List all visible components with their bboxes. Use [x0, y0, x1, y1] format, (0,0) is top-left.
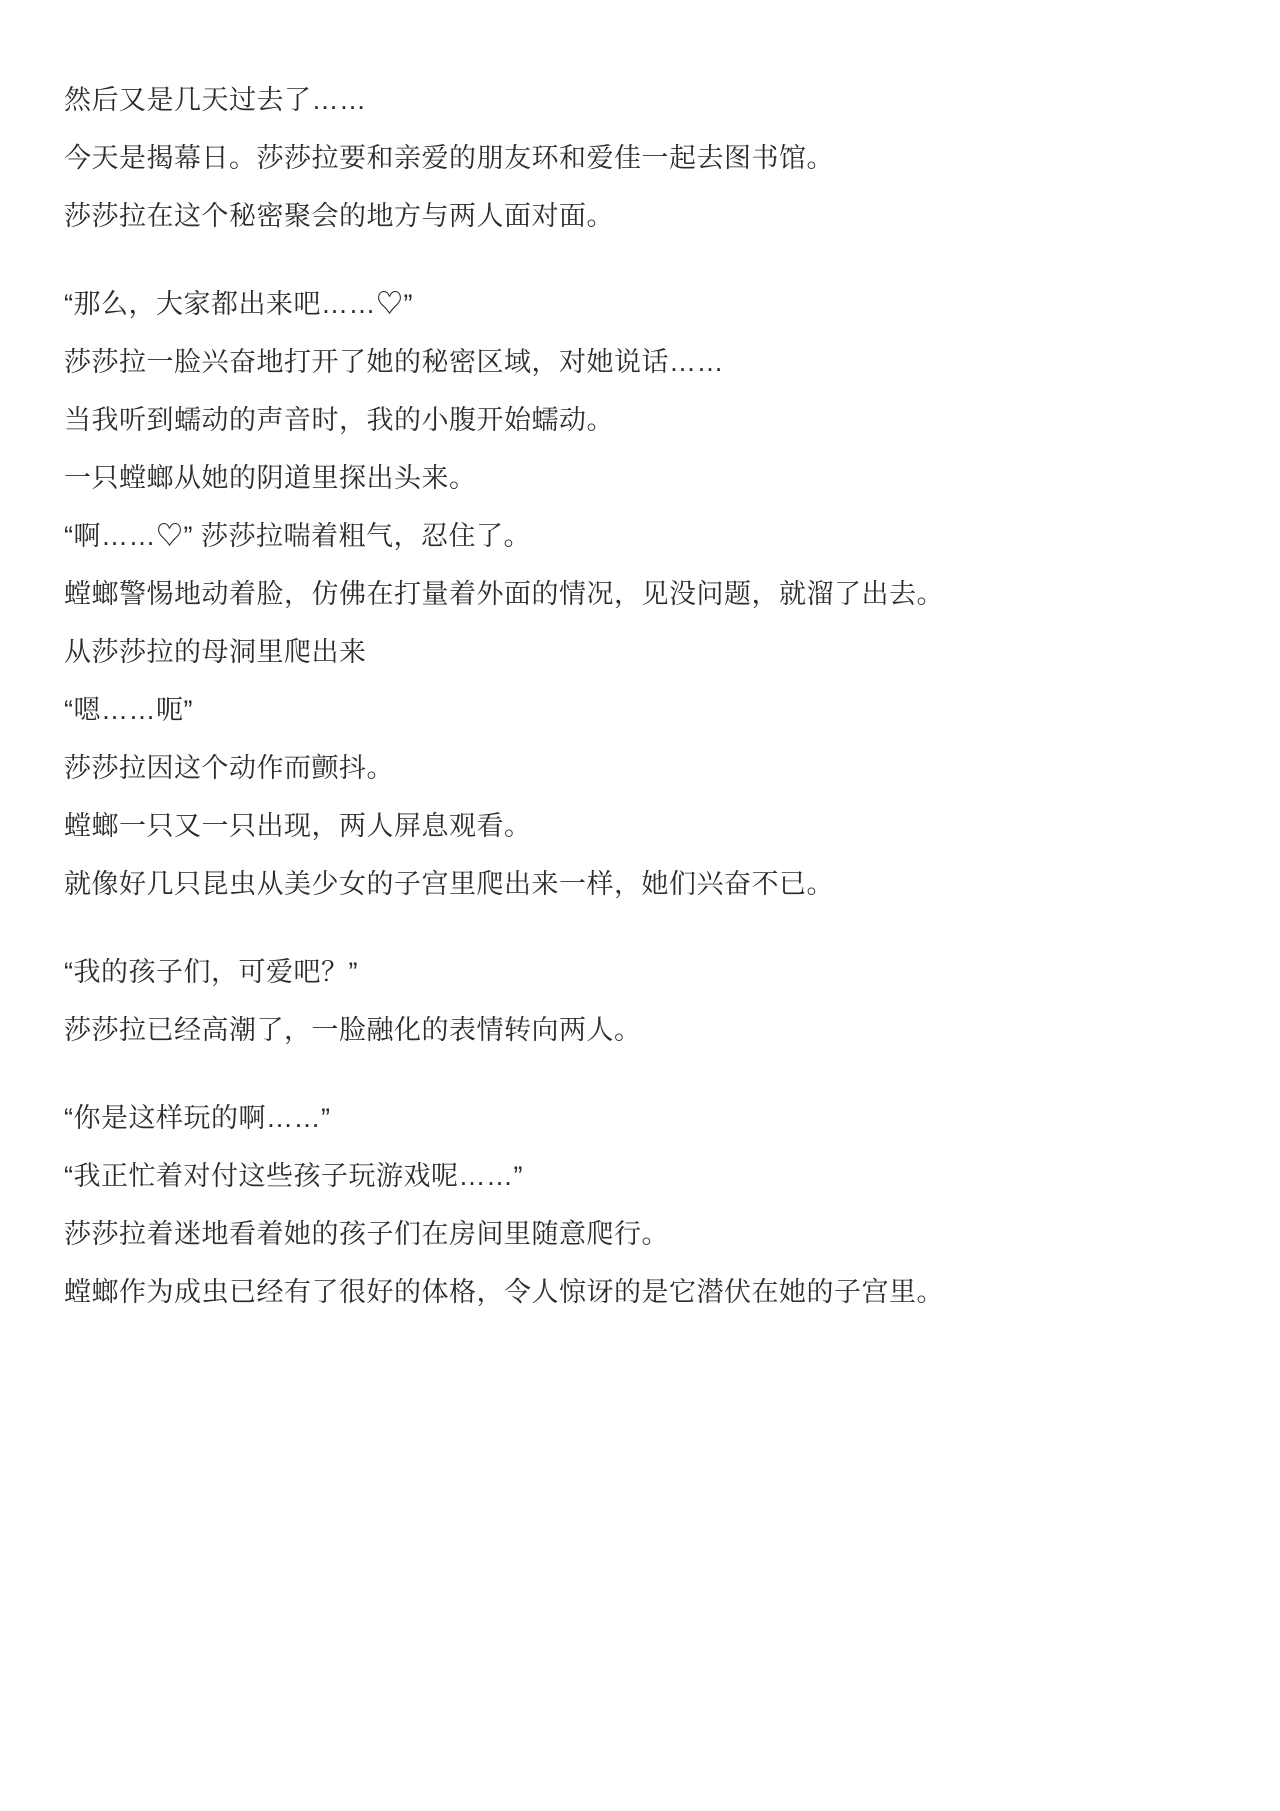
- paragraph: 莎莎拉已经高潮了，一脸融化的表情转向两人。: [64, 1015, 1220, 1045]
- dialogue-paragraph: “你是这样玩的啊……”: [64, 1103, 1220, 1133]
- paragraph: 螳螂作为成虫已经有了很好的体格，令人惊讶的是它潜伏在她的子宫里。: [64, 1277, 1220, 1307]
- paragraph: 莎莎拉因这个动作而颤抖。: [64, 753, 1220, 783]
- paragraph: 然后又是几天过去了……: [64, 85, 1220, 115]
- paragraph: 螳螂警惕地动着脸，仿佛在打量着外面的情况，见没问题，就溜了出去。: [64, 579, 1220, 609]
- paragraph: 当我听到蠕动的声音时，我的小腹开始蠕动。: [64, 405, 1220, 435]
- paragraph: 莎莎拉着迷地看着她的孩子们在房间里随意爬行。: [64, 1219, 1220, 1249]
- dialogue-paragraph: “啊……♡” 莎莎拉喘着粗气，忍住了。: [64, 521, 1220, 551]
- dialogue-paragraph: “我的孩子们，可爱吧？”: [64, 957, 1220, 987]
- paragraph: 螳螂一只又一只出现，两人屏息观看。: [64, 811, 1220, 841]
- paragraph: 就像好几只昆虫从美少女的子宫里爬出来一样，她们兴奋不已。: [64, 869, 1220, 899]
- paragraph: 从莎莎拉的母洞里爬出来: [64, 637, 1220, 667]
- dialogue-paragraph: “我正忙着对付这些孩子玩游戏呢……”: [64, 1161, 1220, 1191]
- dialogue-paragraph: “那么，大家都出来吧……♡”: [64, 289, 1220, 319]
- paragraph: 莎莎拉在这个秘密聚会的地方与两人面对面。: [64, 201, 1220, 231]
- paragraph: 莎莎拉一脸兴奋地打开了她的秘密区域，对她说话……: [64, 347, 1220, 377]
- paragraph: 今天是揭幕日。莎莎拉要和亲爱的朋友环和爱佳一起去图书馆。: [64, 143, 1220, 173]
- paragraph: 一只螳螂从她的阴道里探出头来。: [64, 463, 1220, 493]
- dialogue-paragraph: “嗯……呃”: [64, 695, 1220, 725]
- story-page: 然后又是几天过去了…… 今天是揭幕日。莎莎拉要和亲爱的朋友环和爱佳一起去图书馆。…: [0, 0, 1280, 1811]
